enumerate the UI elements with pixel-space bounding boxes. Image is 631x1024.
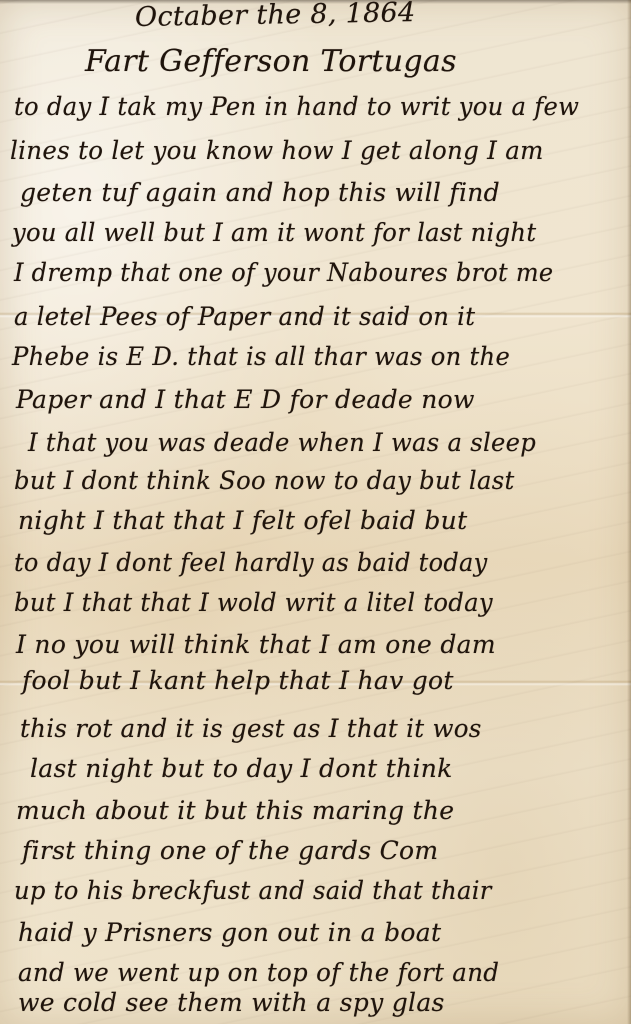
letter-line: I no you will think that I am one dam <box>16 630 496 659</box>
letter-line: a letel Pees of Paper and it said on it <box>14 302 475 331</box>
letter-line: last night but to day I dont think <box>30 754 453 783</box>
letter-date: Octaber the 8, 1864 <box>135 0 416 33</box>
letter-line: I that you was deade when I was a sleep <box>28 428 536 457</box>
letter-line: geten tuf again and hop this will find <box>20 178 500 207</box>
letter-line: fool but I kant help that I hav got <box>22 666 454 695</box>
letter-line: but I that that I wold writ a litel toda… <box>14 588 493 617</box>
letter-line: night I that that I felt ofel baid but <box>18 506 467 535</box>
letter-line: haid y Prisners gon out in a boat <box>18 918 441 947</box>
letter-line: this rot and it is gest as I that it wos <box>20 714 482 743</box>
letter-line: I dremp that one of your Naboures brot m… <box>14 258 553 287</box>
letter-line: lines to let you know how I get along I … <box>10 136 544 165</box>
letter-line: first thing one of the gards Com <box>22 836 438 865</box>
letter-place: Fart Gefferson Tortugas <box>85 44 457 79</box>
letter-text: Octaber the 8, 1864 Fart Gefferson Tortu… <box>0 0 631 1024</box>
letter-page: Octaber the 8, 1864 Fart Gefferson Tortu… <box>0 0 631 1024</box>
letter-line: but I dont think Soo now to day but last <box>14 466 515 495</box>
letter-line: Phebe is E D. that is all thar was on th… <box>12 342 510 371</box>
letter-line: and we went up on top of the fort and <box>18 958 499 987</box>
letter-line: you all well but I am it wont for last n… <box>12 218 536 247</box>
letter-line: much about it but this maring the <box>16 796 454 825</box>
letter-line: Paper and I that E D for deade now <box>16 385 475 414</box>
letter-line: we cold see them with a spy glas <box>18 988 445 1017</box>
letter-line: to day I tak my Pen in hand to writ you … <box>14 92 579 121</box>
letter-line: up to his breckfust and said that thair <box>14 876 492 905</box>
letter-line: to day I dont feel hardly as baid today <box>14 548 487 577</box>
